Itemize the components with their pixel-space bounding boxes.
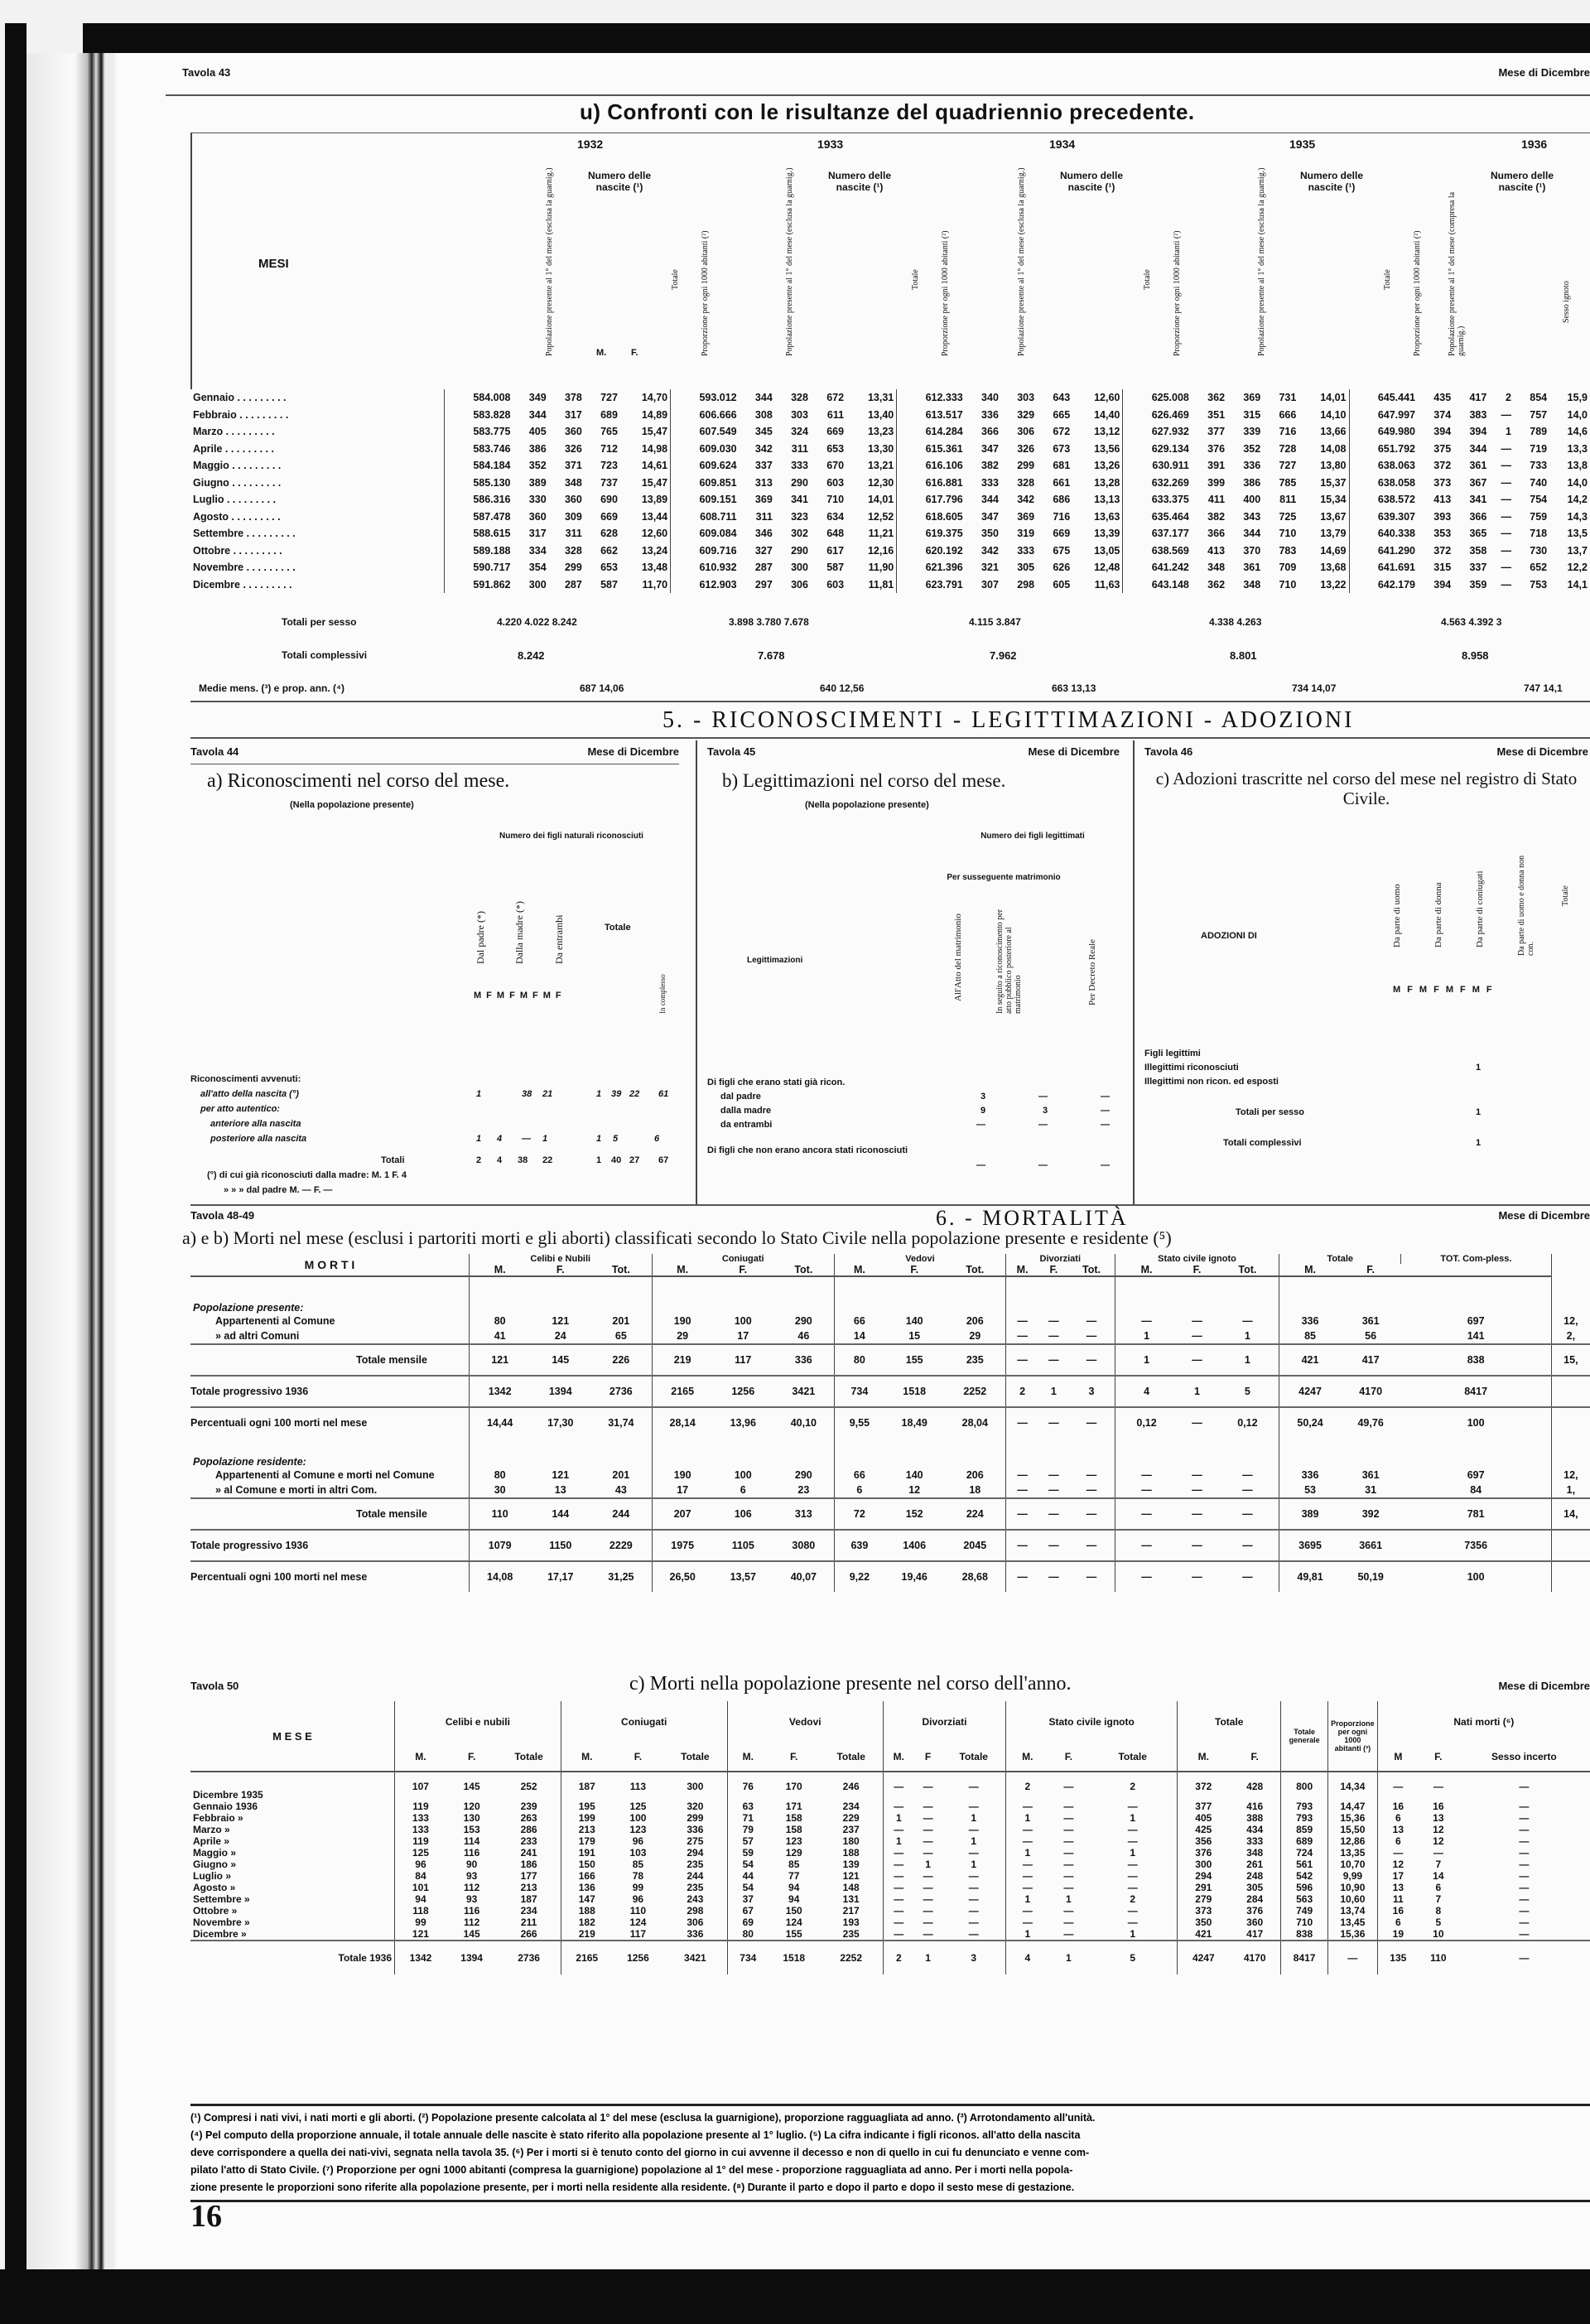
- data-cell: 596: [1281, 1882, 1328, 1893]
- data-cell: 623.791: [897, 576, 966, 594]
- data-cell: 689: [585, 407, 620, 424]
- data-cell: 118: [395, 1905, 446, 1917]
- data-cell: —: [1005, 1917, 1048, 1928]
- data-cell: 341: [1453, 491, 1489, 509]
- table-row: Agosto . . . . . . . . .587.478360309669…: [190, 509, 1590, 526]
- data-cell: 641.691: [1349, 559, 1418, 576]
- data-cell: —: [1068, 1328, 1115, 1344]
- data-cell: —: [1458, 1859, 1590, 1870]
- data-cell: 13,26: [1072, 457, 1123, 475]
- data-cell: 14,01: [846, 491, 897, 509]
- data-cell: 13,8: [1549, 457, 1590, 475]
- table-row: Percentuali ogni 100 morti nel mese14,44…: [190, 1407, 1590, 1438]
- data-cell: 361: [1341, 1468, 1401, 1483]
- data-cell: 587: [811, 559, 846, 576]
- data-cell: 428: [1229, 1772, 1280, 1801]
- data-cell: 11,70: [620, 576, 671, 594]
- data-cell: 638.063: [1349, 457, 1418, 475]
- data-cell: 12,86: [1328, 1835, 1378, 1847]
- data-cell: 186: [497, 1859, 561, 1870]
- data-cell: 616.881: [897, 475, 966, 492]
- data-cell: —: [1458, 1812, 1590, 1824]
- table-row: Totale mensile11014424420710631372152224…: [190, 1498, 1590, 1530]
- empty-cell: [835, 1438, 884, 1468]
- table-row: » ad altri Comuni412465291746141529———1—…: [190, 1328, 1590, 1344]
- data-cell: 648: [811, 525, 846, 542]
- empty-cell: [1401, 1276, 1552, 1314]
- tavola-50-label: Tavola 50: [190, 1680, 238, 1692]
- tavola-44-label: Tavola 44: [190, 745, 238, 758]
- data-cell: 26,50: [652, 1561, 713, 1592]
- data-cell: —: [883, 1893, 913, 1905]
- empty-cell: [1005, 1276, 1038, 1314]
- data-cell: 246: [819, 1772, 883, 1801]
- sub-header: M.: [727, 1743, 768, 1772]
- data-cell: 306: [1001, 423, 1037, 441]
- data-cell: 626.469: [1123, 407, 1192, 424]
- data-cell: 753: [1514, 576, 1549, 594]
- data-cell: 1: [1489, 423, 1514, 441]
- table-row: Gennaio 193611912023919512532063171234——…: [190, 1801, 1590, 1812]
- data-cell: 13,68: [1298, 559, 1349, 576]
- table-row: Dicembre . . . . . . . . .591.8623002875…: [190, 576, 1590, 594]
- data-cell: 18,49: [884, 1407, 945, 1438]
- table-row: Maggio »12511624119110329459129188———1—1…: [190, 1847, 1590, 1859]
- data-cell: 378: [549, 389, 585, 407]
- row-non-riconosciuti: Di figli che non erano ancora stati rico…: [707, 1144, 956, 1158]
- data-cell: —: [883, 1917, 913, 1928]
- month-label: Gennaio 1936: [190, 1801, 395, 1812]
- year-1933: 1933: [817, 137, 843, 151]
- data-cell: 394: [1418, 576, 1453, 594]
- data-cell: 119: [395, 1835, 446, 1847]
- col-pop-1932: Popolazione presente al 1° del mese (esc…: [545, 166, 554, 356]
- data-cell: 665: [1037, 407, 1072, 424]
- sub-header: F.: [1038, 1264, 1068, 1276]
- data-cell: 640.338: [1349, 525, 1418, 542]
- empty-cell: [1068, 1276, 1115, 1314]
- data-cell: 386: [513, 441, 549, 458]
- sub-header: F: [914, 1743, 942, 1772]
- data-cell: [1551, 1407, 1590, 1438]
- data-cell: 593.012: [671, 389, 740, 407]
- data-cell: 13,45: [1328, 1917, 1378, 1928]
- sub-header: Totale: [942, 1743, 1006, 1772]
- data-cell: 14,0: [1549, 407, 1590, 424]
- data-cell: 389: [513, 475, 549, 492]
- table-row: Luglio »8493177166782444477121——————2942…: [190, 1870, 1590, 1882]
- data-cell: 647.997: [1349, 407, 1418, 424]
- data-cell: 14,89: [620, 407, 671, 424]
- data-cell: 125: [395, 1847, 446, 1859]
- data-cell: 626: [1037, 559, 1072, 576]
- data-cell: —: [1489, 441, 1514, 458]
- tavola-50-title: c) Morti nella popolazione presente nel …: [629, 1673, 1071, 1695]
- data-cell: 299: [663, 1812, 727, 1824]
- data-cell: 217: [819, 1905, 883, 1917]
- data-cell: 5: [1419, 1917, 1458, 1928]
- footnote: zione presente le proporzioni sono rifer…: [190, 2179, 1590, 2196]
- data-cell: 14,1: [1549, 576, 1590, 594]
- data-cell: 352: [1227, 441, 1263, 458]
- data-cell: —: [1049, 1859, 1088, 1870]
- data-cell: 2045: [945, 1530, 1006, 1561]
- data-cell: 31,25: [590, 1561, 652, 1592]
- data-cell: 1: [1049, 1893, 1088, 1905]
- data-cell: 294: [1178, 1870, 1229, 1882]
- col-sex-labels: MFMFMFMF: [1393, 985, 1499, 995]
- data-cell: 235: [663, 1859, 727, 1870]
- data-cell: 300: [1178, 1859, 1229, 1870]
- data-cell: 145: [446, 1928, 497, 1941]
- data-cell: —: [1049, 1835, 1088, 1847]
- data-cell: 57: [727, 1835, 768, 1847]
- table-row: Aprile . . . . . . . . .583.746386326712…: [190, 441, 1590, 458]
- data-cell: 59: [727, 1847, 768, 1859]
- data-cell: 287: [549, 576, 585, 594]
- data-cell: 100: [713, 1314, 773, 1328]
- data-cell: 145: [530, 1344, 590, 1376]
- data-cell: 613.517: [897, 407, 966, 424]
- data-cell: 710: [1263, 576, 1298, 594]
- data-cell: 369: [1227, 389, 1263, 407]
- empty-cell: [713, 1276, 773, 1314]
- col-dalla-madre: Dalla madre (*): [515, 881, 524, 964]
- col-uomo-donna: Da parte di uomo e donna non con.: [1517, 840, 1542, 956]
- data-cell: 400: [1227, 491, 1263, 509]
- data-cell: —: [1005, 1468, 1038, 1483]
- data-cell: 41: [470, 1328, 531, 1344]
- data-cell: 346: [740, 525, 775, 542]
- data-cell: 99: [613, 1882, 663, 1893]
- sub-header: M.: [883, 1743, 913, 1772]
- data-cell: 291: [1178, 1882, 1229, 1893]
- data-cell: 116: [446, 1905, 497, 1917]
- data-cell: 641.290: [1349, 542, 1418, 560]
- data-cell: 17: [652, 1483, 713, 1498]
- tavola-48-49-label: Tavola 48-49: [190, 1209, 254, 1222]
- data-cell: 31: [1341, 1483, 1401, 1498]
- data-cell: 369: [740, 491, 775, 509]
- data-cell: 3: [1068, 1376, 1115, 1407]
- medie-1936: 747 14,1: [1524, 682, 1563, 694]
- data-cell: 166: [561, 1870, 612, 1882]
- sub-header: Tot.: [1216, 1264, 1279, 1276]
- data-cell: 621.396: [897, 559, 966, 576]
- data-cell: 633.375: [1123, 491, 1192, 509]
- data-cell: 121: [530, 1468, 590, 1483]
- data-cell: 712: [585, 441, 620, 458]
- col-in-seguito: In seguito a riconoscimento per atto pub…: [995, 906, 1053, 1014]
- data-cell: 287: [740, 559, 775, 576]
- col-prop-1932: Proporzione per ogni 1000 abitanti (²): [701, 166, 710, 356]
- data-cell: 411: [1192, 491, 1227, 509]
- table-row: Luglio . . . . . . . . .586.316330360690…: [190, 491, 1590, 509]
- row-totali-sesso: Totali per sesso1: [1144, 1106, 1393, 1120]
- data-cell: 382: [1192, 509, 1227, 526]
- table-row: Ottobre »11811623418811029867150217—————…: [190, 1905, 1590, 1917]
- group-header: Celibi e Nubili: [470, 1254, 653, 1264]
- data-cell: 121: [470, 1344, 531, 1376]
- data-cell: —: [914, 1870, 942, 1882]
- data-cell: 14,08: [470, 1561, 531, 1592]
- data-cell: 13: [530, 1483, 590, 1498]
- data-cell: —: [942, 1824, 1006, 1835]
- totali-per-sesso-1936: 4.563 4.392 3: [1441, 616, 1501, 628]
- data-cell: 219: [652, 1344, 713, 1376]
- data-cell: 616.106: [897, 457, 966, 475]
- group-header: Proporzione per ogni 1000 abitanti (²): [1328, 1701, 1378, 1772]
- data-cell: 3661: [1341, 1530, 1401, 1561]
- col-pop-1933: Popolazione presente al 1° del mese (esc…: [785, 166, 794, 356]
- data-cell: 13,12: [1072, 423, 1123, 441]
- data-cell: 65: [590, 1328, 652, 1344]
- data-cell: 16: [1377, 1801, 1419, 1812]
- data-cell: 12,60: [1072, 389, 1123, 407]
- data-cell: 10,90: [1328, 1882, 1378, 1893]
- data-cell: —: [1049, 1905, 1088, 1917]
- group-header: Coniugati: [652, 1254, 835, 1264]
- data-cell: 781: [1401, 1498, 1552, 1530]
- footnote: deve corrispondere a quella dei nati-viv…: [190, 2144, 1590, 2162]
- total-cell: 1518: [768, 1941, 819, 1974]
- data-cell: 603: [811, 475, 846, 492]
- data-cell: 1: [1088, 1847, 1178, 1859]
- sub-header: F.: [1049, 1743, 1088, 1772]
- data-cell: —: [1068, 1468, 1115, 1483]
- data-cell: —: [1005, 1905, 1048, 1917]
- data-cell: 129: [768, 1847, 819, 1859]
- row-label: Percentuali ogni 100 morti nel mese: [190, 1407, 470, 1438]
- data-cell: 344: [966, 491, 1001, 509]
- group-header: Divorziati: [1005, 1254, 1115, 1264]
- data-cell: 3421: [773, 1376, 835, 1407]
- tavola-43-month: Mese di Dicembre: [1498, 66, 1590, 79]
- tavola-45-row-header: Legittimazioni: [747, 956, 802, 965]
- data-cell: —: [1049, 1882, 1088, 1893]
- data-cell: —: [1005, 1344, 1038, 1376]
- empty-cell: [713, 1438, 773, 1468]
- data-cell: 342: [1001, 491, 1037, 509]
- data-cell: 1: [1216, 1344, 1279, 1376]
- data-cell: 13,80: [1298, 457, 1349, 475]
- data-cell: 234: [497, 1905, 561, 1917]
- data-cell: 366: [1453, 509, 1489, 526]
- data-cell: 100: [1401, 1407, 1552, 1438]
- row-label: Appartenenti al Comune: [190, 1314, 470, 1328]
- total-cell: 3421: [663, 1941, 727, 1974]
- empty-cell: [773, 1438, 835, 1468]
- month-label: Giugno »: [190, 1859, 395, 1870]
- group-header: Stato civile ignoto: [1115, 1254, 1279, 1264]
- data-cell: 793: [1281, 1812, 1328, 1824]
- data-cell: 63: [727, 1801, 768, 1812]
- data-cell: 1: [1005, 1847, 1048, 1859]
- data-cell: 6: [835, 1483, 884, 1498]
- table-row: » al Comune e morti in altri Com.3013431…: [190, 1483, 1590, 1498]
- header-row: M.F.TotaleM.F.TotaleM.F.TotaleM.FTotaleM…: [190, 1743, 1590, 1772]
- page-number: 16: [190, 2198, 222, 2235]
- data-cell: 300: [663, 1772, 727, 1801]
- data-cell: 14,69: [1298, 542, 1349, 560]
- data-cell: 349: [513, 389, 549, 407]
- data-cell: 112: [446, 1917, 497, 1928]
- data-cell: 377: [1192, 423, 1227, 441]
- data-cell: 639.307: [1349, 509, 1418, 526]
- data-cell: 311: [549, 525, 585, 542]
- data-cell: 190: [652, 1314, 713, 1328]
- data-cell: 94: [768, 1882, 819, 1893]
- data-cell: 361: [1227, 559, 1263, 576]
- sub-header: M.: [561, 1743, 612, 1772]
- month-label: Dicembre »: [190, 1928, 395, 1941]
- data-cell: —: [883, 1847, 913, 1859]
- data-cell: 12: [1419, 1835, 1458, 1847]
- data-cell: 56: [1341, 1328, 1401, 1344]
- data-cell: 333: [775, 457, 811, 475]
- data-cell: 638.058: [1349, 475, 1418, 492]
- row-illegittimi-non-ric: Illegittimi non ricon. ed esposti: [1144, 1075, 1393, 1089]
- footnote: » » » dal padre M. — F. —: [190, 1183, 687, 1198]
- data-cell: 13,24: [620, 542, 671, 560]
- data-cell: 643.148: [1123, 576, 1192, 594]
- data-cell: 609.151: [671, 491, 740, 509]
- document-page: Tavola 43 Mese di Dicembre u) Confronti …: [116, 53, 1590, 2269]
- data-cell: 94: [768, 1893, 819, 1905]
- data-cell: 376: [1229, 1905, 1280, 1917]
- data-cell: 317: [549, 407, 585, 424]
- data-cell: 195: [561, 1801, 612, 1812]
- table-row: Settembre »9493187147962433794131———1122…: [190, 1893, 1590, 1905]
- data-cell: 12,60: [620, 525, 671, 542]
- data-cell: 373: [1418, 475, 1453, 492]
- data-cell: 144: [530, 1498, 590, 1530]
- tavola-50: M E S ECelibi e nubiliConiugatiVedoviDiv…: [190, 1701, 1590, 1974]
- data-cell: 299: [549, 559, 585, 576]
- group-header: Nati morti (⁶): [1377, 1701, 1590, 1743]
- data-cell: 417: [1453, 389, 1489, 407]
- data-cell: 13,23: [846, 423, 897, 441]
- data-cell: 15,50: [1328, 1824, 1378, 1835]
- empty-cell: [1115, 1276, 1178, 1314]
- data-cell: 72: [835, 1498, 884, 1530]
- data-cell: —: [1038, 1498, 1068, 1530]
- row-illegittimi-ric: Illegittimi riconosciuti1: [1144, 1061, 1393, 1075]
- group-header: Divorziati: [883, 1701, 1005, 1743]
- data-cell: —: [1489, 407, 1514, 424]
- data-cell: 587.478: [445, 509, 513, 526]
- data-cell: 1: [1178, 1376, 1217, 1407]
- tavola-46-month: Mese di Dicembre: [1496, 745, 1588, 758]
- group-header: TOT. Com-pless.: [1401, 1254, 1552, 1264]
- data-cell: 669: [1037, 525, 1072, 542]
- data-cell: 123: [768, 1835, 819, 1847]
- data-cell: 697: [1401, 1468, 1552, 1483]
- month-label: Settembre »: [190, 1893, 395, 1905]
- month-label: Novembre »: [190, 1917, 395, 1928]
- data-cell: 614.284: [897, 423, 966, 441]
- data-cell: —: [1178, 1498, 1217, 1530]
- data-cell: 405: [1178, 1812, 1229, 1824]
- data-cell: 12,48: [1072, 559, 1123, 576]
- data-cell: —: [1005, 1801, 1048, 1812]
- data-cell: —: [1178, 1561, 1217, 1592]
- data-cell: 300: [775, 559, 811, 576]
- data-cell: —: [1068, 1561, 1115, 1592]
- data-cell: —: [1068, 1407, 1115, 1438]
- year-1934: 1934: [1049, 137, 1075, 151]
- month-label: Febbraio . . . . . . . . .: [190, 407, 445, 424]
- data-cell: 2: [1005, 1772, 1048, 1801]
- empty-cell: [1216, 1438, 1279, 1468]
- data-cell: 634: [811, 509, 846, 526]
- data-cell: 320: [663, 1801, 727, 1812]
- data-cell: 589.188: [445, 542, 513, 560]
- data-cell: 313: [740, 475, 775, 492]
- data-cell: —: [914, 1801, 942, 1812]
- data-cell: 371: [549, 457, 585, 475]
- data-cell: —: [914, 1905, 942, 1917]
- data-cell: 133: [395, 1824, 446, 1835]
- data-cell: 15,36: [1328, 1812, 1378, 1824]
- data-cell: 358: [1453, 542, 1489, 560]
- table-row: Febbraio »133130263199100299711582291—11…: [190, 1812, 1590, 1824]
- data-cell: 12: [1419, 1824, 1458, 1835]
- data-cell: 6: [1377, 1812, 1419, 1824]
- data-cell: 388: [1229, 1812, 1280, 1824]
- data-cell: 417: [1341, 1344, 1401, 1376]
- data-cell: 14,01: [1298, 389, 1349, 407]
- data-cell: 730: [1514, 542, 1549, 560]
- col-parte-uomo: Da parte di uomo: [1393, 856, 1418, 947]
- data-cell: 12: [1377, 1859, 1419, 1870]
- data-cell: 367: [1453, 475, 1489, 492]
- data-cell: 311: [740, 509, 775, 526]
- data-cell: —: [1458, 1870, 1590, 1882]
- data-cell: 607.549: [671, 423, 740, 441]
- data-cell: 14,98: [620, 441, 671, 458]
- col-header-mese: M E S E: [190, 1701, 395, 1772]
- data-cell: [1551, 1376, 1590, 1407]
- data-cell: 263: [497, 1812, 561, 1824]
- data-cell: 224: [945, 1498, 1006, 1530]
- data-cell: 234: [819, 1801, 883, 1812]
- data-cell: —: [1068, 1498, 1115, 1530]
- data-cell: 3080: [773, 1530, 835, 1561]
- empty-cell: [1068, 1438, 1115, 1468]
- data-cell: 155: [884, 1344, 945, 1376]
- data-cell: 46: [773, 1328, 835, 1344]
- data-cell: 336: [1279, 1314, 1341, 1328]
- data-cell: 337: [740, 457, 775, 475]
- row-label: Totale mensile: [190, 1498, 470, 1530]
- data-cell: 96: [395, 1859, 446, 1870]
- data-cell: 12,52: [846, 509, 897, 526]
- data-cell: 14,34: [1328, 1772, 1378, 1801]
- data-cell: 789: [1514, 423, 1549, 441]
- data-cell: —: [942, 1772, 1006, 1801]
- data-cell: 6: [1377, 1835, 1419, 1847]
- data-cell: 586.316: [445, 491, 513, 509]
- table-row: Dicembre 193510714525218711330076170246—…: [190, 1772, 1590, 1801]
- tavola-45-group-header: Numero dei figli legittimati: [946, 832, 1120, 841]
- row-label: Di figli che erano stati già ricon.: [707, 1076, 1121, 1090]
- data-cell: 1: [1038, 1376, 1068, 1407]
- total-cell: 4247: [1178, 1941, 1229, 1974]
- data-cell: —: [1458, 1824, 1590, 1835]
- data-cell: 643: [1037, 389, 1072, 407]
- total-cell: 2165: [561, 1941, 612, 1974]
